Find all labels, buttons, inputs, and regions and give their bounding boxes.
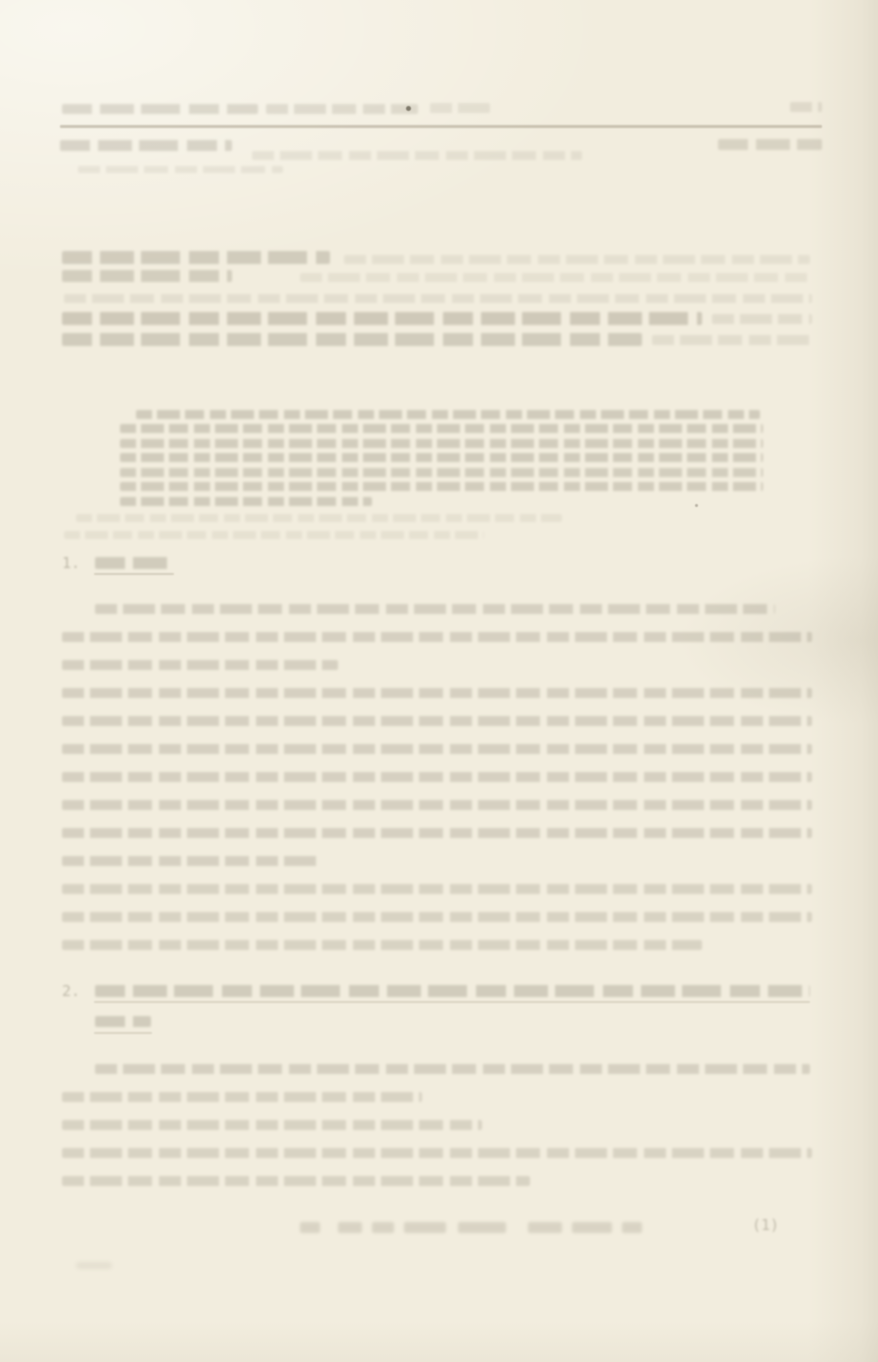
abstract-illegible-text-line — [120, 424, 763, 433]
author-block-illegible-text-line — [62, 270, 232, 282]
body-paragraph-1-illegible-text-line — [62, 744, 812, 754]
title-block-illegible-text-line — [62, 312, 702, 325]
abstract-illegible-text-line — [120, 482, 763, 491]
heading-1-underline — [94, 573, 174, 575]
equation-glyph-segment — [300, 1222, 320, 1233]
heading-2-underline-2 — [94, 1032, 152, 1034]
equation-glyph-segment — [622, 1222, 642, 1233]
series-line-illegible-text-line — [718, 139, 822, 150]
equation-glyph-segment — [572, 1222, 612, 1233]
ink-speck — [406, 106, 411, 111]
author-block-illegible-text-line — [300, 273, 810, 282]
title-block-illegible-text-line — [652, 335, 812, 345]
body-paragraph-2-illegible-text-line — [62, 912, 812, 922]
abstract-illegible-text-line — [64, 531, 484, 539]
journal-header-illegible-text-line — [430, 103, 490, 113]
abstract-illegible-text-line — [120, 468, 763, 477]
equation-number: (1) — [752, 1218, 779, 1233]
section-2-heading-illegible-text-line — [95, 985, 810, 997]
equation-glyph-segment — [338, 1222, 362, 1233]
author-block-illegible-text-line — [64, 294, 812, 303]
body-paragraph-1-illegible-text-line — [62, 800, 812, 810]
abstract-illegible-text-line — [120, 439, 763, 448]
abstract-illegible-text-line — [136, 410, 760, 419]
author-block-illegible-text-line — [344, 255, 810, 264]
heading-2-underline-1 — [94, 1001, 810, 1003]
equation-glyph-segment — [458, 1222, 506, 1233]
body-paragraph-3-illegible-text-line — [62, 1092, 422, 1102]
body-paragraph-2-illegible-text-line — [62, 884, 812, 894]
body-paragraph-1-illegible-text-line — [62, 688, 812, 698]
series-line-illegible-text-line — [252, 151, 582, 160]
title-block-illegible-text-line — [62, 333, 642, 346]
author-block-illegible-text-line — [62, 251, 330, 264]
title-block-illegible-text-line — [712, 314, 812, 324]
scanned-page: 1. 2. (1) — [0, 0, 878, 1362]
section-1-heading-illegible-text-line — [95, 557, 171, 569]
series-line-illegible-text-line — [60, 140, 232, 151]
body-paragraph-3-illegible-text-line — [95, 1064, 810, 1074]
section-2-heading-illegible-text-line — [95, 1016, 151, 1027]
body-paragraph-1-illegible-text-line — [95, 604, 775, 614]
equation-glyph-segment — [528, 1222, 562, 1233]
journal-header-illegible-text-line — [62, 104, 258, 114]
abstract-illegible-text-line — [120, 497, 372, 506]
body-paragraph-1-illegible-text-line — [62, 772, 812, 782]
body-paragraph-1-illegible-text-line — [62, 856, 320, 866]
body-paragraph-1-illegible-text-line — [62, 632, 812, 642]
body-paragraph-3-illegible-text-line — [62, 1120, 482, 1130]
body-paragraph-1-illegible-text-line — [62, 716, 812, 726]
abstract-illegible-text-line — [120, 453, 763, 462]
body-paragraph-1-illegible-text-line — [62, 828, 812, 838]
section-1-number: 1. — [62, 556, 80, 571]
journal-header-illegible-text-line — [266, 104, 418, 114]
body-paragraph-1-illegible-text-line — [62, 660, 338, 670]
body-paragraph-2-illegible-text-line — [62, 940, 702, 950]
body-paragraph-3-illegible-text-line — [62, 1148, 812, 1158]
journal-header-illegible-text-line — [790, 102, 822, 112]
equation-glyph-segment — [372, 1222, 394, 1233]
equation-glyph-segment — [404, 1222, 446, 1233]
section-2-number: 2. — [62, 984, 80, 999]
series-line-illegible-text-line — [78, 166, 283, 173]
header-rule — [60, 125, 822, 128]
pencil-smudge — [76, 1262, 112, 1269]
body-paragraph-3-illegible-text-line — [62, 1176, 530, 1186]
abstract-illegible-text-line — [76, 514, 562, 522]
ink-speck — [695, 504, 698, 507]
